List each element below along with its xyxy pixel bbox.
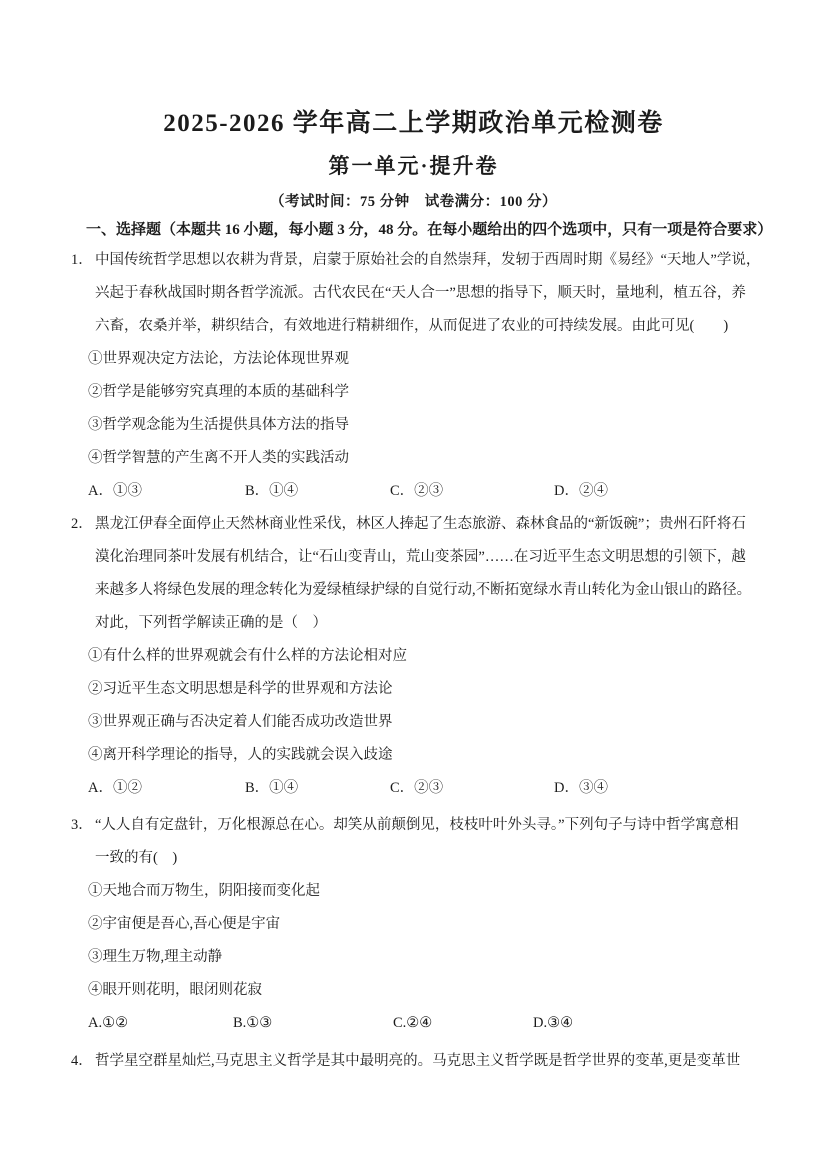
option-item-3: ③理生万物,理主动静 [88,941,767,974]
choice-d: D．②④ [554,475,608,508]
question-stem: 中国传统哲学思想以农耕为背景，启蒙于原始社会的自然崇拜，发轫于西周时期《易经》“… [95,244,767,343]
choices-row: A.①② B.①③ C.②④ D.③④ [88,1007,767,1040]
page-title: 2025-2026 学年高二上学期政治单元检测卷 [0,103,827,139]
choice-c: C．②③ [390,475,554,508]
question-number: 4． [71,1045,95,1078]
option-item-2: ②宇宙便是吾心,吾心便是宇宙 [88,908,767,941]
choice-c: C．②③ [390,772,554,805]
option-item-3: ③哲学观念能为生活提供具体方法的指导 [88,409,767,442]
choices-row: A．①③ B．①④ C．②③ D．②④ [88,475,767,508]
choice-b: B．①④ [245,475,390,508]
choice-d: D．③④ [554,772,608,805]
questions-block: 1． 中国传统哲学思想以农耕为背景，启蒙于原始社会的自然崇拜，发轫于西周时期《易… [95,244,767,1078]
choice-b: B.①③ [233,1007,393,1040]
question-stem: “人人自有定盘针，万化根源总在心。却笑从前颠倒见，枝枝叶叶外头寻。”下列句子与诗… [95,809,767,875]
option-item-1: ①世界观决定方法论，方法论体现世界观 [88,343,767,376]
question-number: 1． [71,244,95,277]
option-item-4: ④哲学智慧的产生离不开人类的实践活动 [88,442,767,475]
page-subtitle: 第一单元·提升卷 [0,150,827,180]
question-number: 3． [71,809,95,842]
question-1: 1． 中国传统哲学思想以农耕为背景，启蒙于原始社会的自然崇拜，发轫于西周时期《易… [95,244,767,508]
question-2: 2． 黑龙江伊春全面停止天然林商业性采伐，林区人捧起了生态旅游、森林食品的“新饭… [95,508,767,805]
choices-row: A．①② B．①④ C．②③ D．③④ [88,772,767,805]
choice-b: B．①④ [245,772,390,805]
exam-paper-page: 2025-2026 学年高二上学期政治单元检测卷 第一单元·提升卷 （考试时间：… [0,0,827,1169]
choice-d: D.③④ [533,1007,573,1040]
choice-a: A．①③ [88,475,245,508]
choice-a: A．①② [88,772,245,805]
question-4: 4． 哲学星空群星灿烂,马克思主义哲学是其中最明亮的。马克思主义哲学既是哲学世界… [95,1045,767,1078]
choice-a: A.①② [88,1007,233,1040]
option-item-3: ③世界观正确与否决定着人们能否成功改造世界 [88,706,767,739]
option-item-4: ④离开科学理论的指导，人的实践就会误入歧途 [88,739,767,772]
option-item-1: ①有什么样的世界观就会有什么样的方法论相对应 [88,640,767,673]
question-number: 2． [71,508,95,541]
section-heading: 一、选择题（本题共 16 小题，每小题 3 分，48 分。在每小题给出的四个选项… [86,219,787,241]
option-item-4: ④眼开则花明，眼闭则花寂 [88,974,767,1007]
option-item-2: ②习近平生态文明思想是科学的世界观和方法论 [88,673,767,706]
option-item-2: ②哲学是能够穷究真理的本质的基础科学 [88,376,767,409]
option-item-1: ①天地合而万物生，阴阳接而变化起 [88,875,767,908]
question-stem: 黑龙江伊春全面停止天然林商业性采伐，林区人捧起了生态旅游、森林食品的“新饭碗”；… [95,508,767,640]
question-stem: 哲学星空群星灿烂,马克思主义哲学是其中最明亮的。马克思主义哲学既是哲学世界的变革… [95,1045,767,1078]
choice-c: C.②④ [393,1007,533,1040]
exam-info-line: （考试时间：75 分钟 试卷满分：100 分） [0,190,827,211]
question-3: 3． “人人自有定盘针，万化根源总在心。却笑从前颠倒见，枝枝叶叶外头寻。”下列句… [95,809,767,1040]
